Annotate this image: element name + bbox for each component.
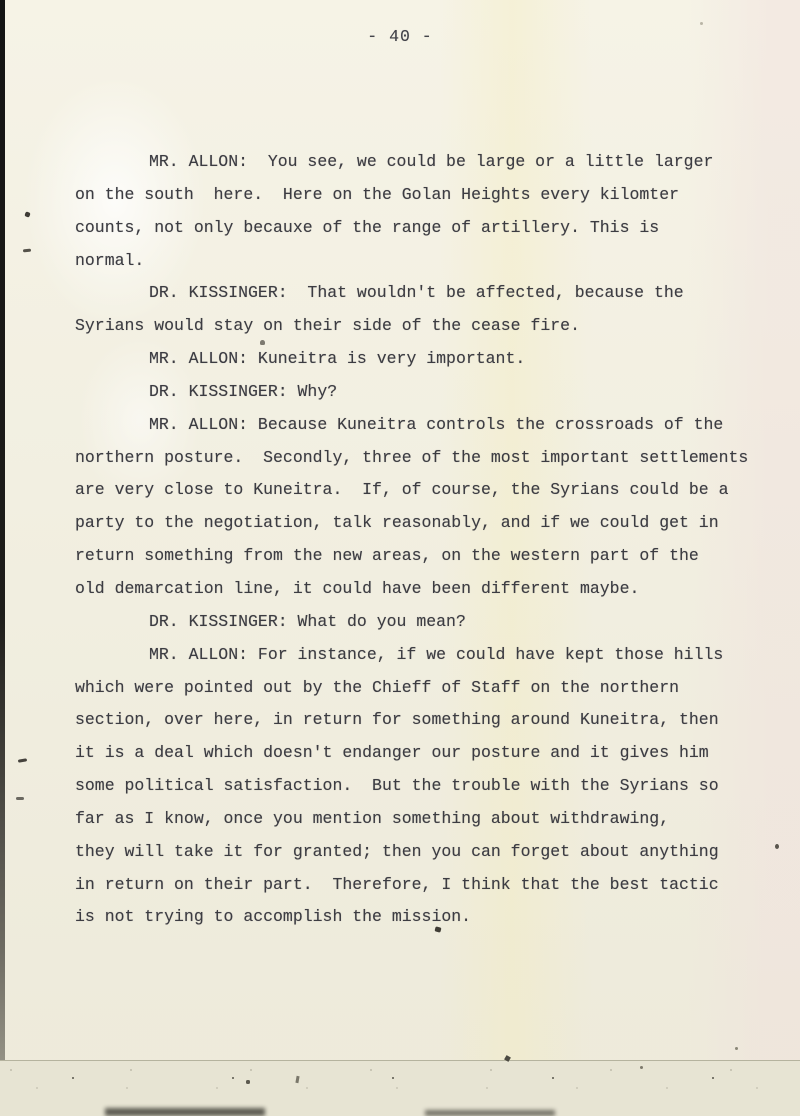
text-line: far as I know, once you mention somethin… [75, 803, 770, 836]
text-line: old demarcation line, it could have been… [75, 573, 770, 606]
page-number: - 40 - [0, 27, 800, 46]
scan-artifact [775, 844, 779, 849]
scan-artifact [425, 1110, 555, 1116]
text-line: MR. ALLON: Because Kuneitra controls the… [75, 409, 770, 442]
text-line: counts, not only becauxe of the range of… [75, 212, 770, 245]
text-line: some political satisfaction. But the tro… [75, 770, 770, 803]
scan-artifact [18, 758, 27, 763]
scan-artifact [24, 211, 30, 217]
text-line: return something from the new areas, on … [75, 540, 770, 573]
scan-edge-shadow [0, 0, 5, 1116]
text-line: DR. KISSINGER: That wouldn't be affected… [75, 277, 770, 310]
text-line: MR. ALLON: For instance, if we could hav… [75, 639, 770, 672]
text-line: DR. KISSINGER: Why? [75, 376, 770, 409]
scan-artifact [246, 1080, 250, 1084]
scan-artifact [23, 249, 31, 253]
text-line: party to the negotiation, talk reasonabl… [75, 507, 770, 540]
text-line: are very close to Kuneitra. If, of cours… [75, 474, 770, 507]
document-page: - 40 - MR. ALLON: You see, we could be l… [0, 0, 800, 1116]
text-line: MR. ALLON: You see, we could be large or… [75, 146, 770, 179]
text-line: is not trying to accomplish the mission. [75, 901, 770, 934]
text-line: MR. ALLON: Kuneitra is very important. [75, 343, 770, 376]
text-line: on the south here. Here on the Golan Hei… [75, 179, 770, 212]
text-line: it is a deal which doesn't endanger our … [75, 737, 770, 770]
text-line: Syrians would stay on their side of the … [75, 310, 770, 343]
text-line: northern posture. Secondly, three of the… [75, 442, 770, 475]
scan-artifact [735, 1047, 738, 1050]
scan-artifact [700, 22, 703, 25]
text-line: DR. KISSINGER: What do you mean? [75, 606, 770, 639]
transcript-body: MR. ALLON: You see, we could be large or… [75, 146, 770, 934]
text-line: which were pointed out by the Chieff of … [75, 672, 770, 705]
scan-artifact [105, 1108, 265, 1116]
text-line: they will take it for granted; then you … [75, 836, 770, 869]
text-line: normal. [75, 245, 770, 278]
scan-artifact [16, 797, 24, 800]
scan-artifact [640, 1066, 643, 1069]
scan-artifact [260, 340, 265, 345]
text-line: section, over here, in return for someth… [75, 704, 770, 737]
text-line: in return on their part. Therefore, I th… [75, 869, 770, 902]
